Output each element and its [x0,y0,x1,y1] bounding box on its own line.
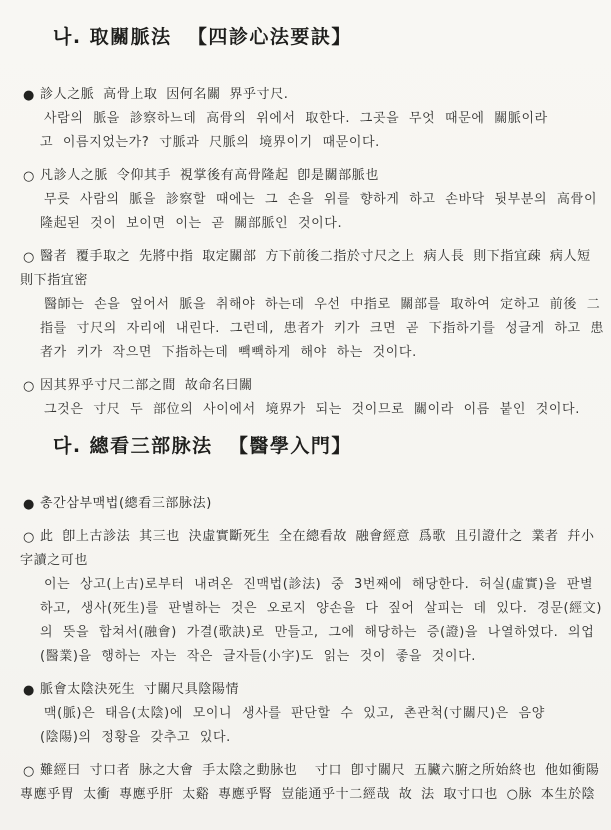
hanja-line: 專應乎胃 太衝 專應乎肝 太谿 專應乎腎 豈能通乎十二經哉 故 法 取寸口也 ○… [20,783,603,807]
filled-circle-bullet-icon: ● [23,679,34,703]
entry-content: 此 卽上古診法 其三也 決虛實斷死生 全在總看故 融會經意 爲歌 且引證什之 業… [40,525,603,669]
korean-line: 고 이름지었는가? 寸脈과 尺脈의 境界이기 때문이다. [40,131,603,155]
entry: ● 총간삼부맥법(總看三部脉法) [0,492,603,516]
korean-line: 의 뜻을 합쳐서(融會) 가결(歌訣)로 만들고, 그에 해당하는 증(證)을 … [40,621,603,645]
hanja-line: 診人之脈 高骨上取 因何名關 界乎寸尺. [40,83,603,107]
entry-content: 因其界乎寸尺二部之間 故命名曰關그것은 寸尺 두 部位의 사이에서 境界가 되는… [40,374,603,422]
open-circle-bullet-icon: ○ [23,375,34,399]
korean-line: 무릇 사람의 脈을 診察할 때에는 그 손을 위를 향하게 하고 손바닥 뒷부분… [40,188,603,212]
section-title: 다. 總看三部脉法 【醫學入門】 [53,431,603,458]
entry-content: 難經曰 寸口者 脉之大會 手太陰之動脉也 寸口 卽寸關尺 五臟六腑之所始終也 他… [40,759,603,807]
hanja-line: 총간삼부맥법(總看三部脉法) [40,492,603,516]
hanja-line: 難經曰 寸口者 脉之大會 手太陰之動脉也 寸口 卽寸關尺 五臟六腑之所始終也 他… [40,759,603,783]
filled-circle-bullet-icon: ● [23,493,34,517]
entry: ● 脈會太陰決死生 寸關尺具陰陽情맥(脈)은 태음(太陰)에 모이니 생사를 판… [0,678,603,750]
open-circle-bullet-icon: ○ [23,246,34,270]
entry-content: 脈會太陰決死生 寸關尺具陰陽情맥(脈)은 태음(太陰)에 모이니 생사를 판단할… [40,678,603,750]
korean-line: (醫業)을 행하는 자는 작은 글자들(小字)도 읽는 것이 좋을 것이다. [40,645,603,669]
entry-content: 醫者 覆手取之 先將中指 取定關部 方下前後二指於寸尺之上 病人長 則下指宜疎 … [40,245,603,365]
korean-line: 사람의 脈을 診察하느데 高骨의 위에서 取한다. 그곳을 무엇 때문에 關脈이… [40,107,603,131]
korean-line: 그것은 寸尺 두 部位의 사이에서 境界가 되는 것이므로 關이라 이름 붙인 … [40,398,603,422]
hanja-line: 字讀之可也 [20,549,603,573]
korean-line: 이는 상고(上古)로부터 내려온 진맥법(診法) 중 3번째에 해당한다. 허실… [40,573,603,597]
hanja-line: 則下指宜密 [20,269,603,293]
hanja-line: 此 卽上古診法 其三也 決虛實斷死生 全在總看故 融會經意 爲歌 且引證什之 業… [40,525,603,549]
open-circle-bullet-icon: ○ [23,760,34,784]
open-circle-bullet-icon: ○ [23,165,34,189]
entry-content: 診人之脈 高骨上取 因何名關 界乎寸尺.사람의 脈을 診察하느데 高骨의 위에서… [40,83,603,155]
entry: ○ 此 卽上古診法 其三也 決虛實斷死生 全在總看故 融會經意 爲歌 且引證什之… [0,525,603,669]
hanja-line: 凡診人之脈 令仰其手 視掌後有高骨隆起 卽是關部脈也 [40,164,603,188]
korean-line: (陰陽)의 정황을 갖추고 있다. [40,726,603,750]
entry: ○ 難經曰 寸口者 脉之大會 手太陰之動脉也 寸口 卽寸關尺 五臟六腑之所始終也… [0,759,603,807]
hanja-line: 醫者 覆手取之 先將中指 取定關部 方下前後二指於寸尺之上 病人長 則下指宜疎 … [40,245,603,269]
hanja-line: 因其界乎寸尺二部之間 故命名曰關 [40,374,603,398]
entry: ● 診人之脈 高骨上取 因何名關 界乎寸尺.사람의 脈을 診察하느데 高骨의 위… [0,83,603,155]
entry: ○ 凡診人之脈 令仰其手 視掌後有高骨隆起 卽是關部脈也무릇 사람의 脈을 診察… [0,164,603,236]
filled-circle-bullet-icon: ● [23,84,34,108]
korean-line: 指를 寸尺의 자리에 내린다. 그런데, 患者가 키가 크면 곧 下指하기를 성… [40,317,603,341]
entry: ○ 醫者 覆手取之 先將中指 取定關部 方下前後二指於寸尺之上 病人長 則下指宜… [0,245,603,365]
open-circle-bullet-icon: ○ [23,526,34,550]
document-page: 나. 取關脈法 【四診心法要訣】 ● 診人之脈 高骨上取 因何名關 界乎寸尺.사… [0,0,611,830]
entry-content: 총간삼부맥법(總看三部脉法) [40,492,603,516]
entry: ○ 因其界乎寸尺二部之間 故命名曰關그것은 寸尺 두 部位의 사이에서 境界가 … [0,374,603,422]
entry-content: 凡診人之脈 令仰其手 視掌後有高骨隆起 卽是關部脈也무릇 사람의 脈을 診察할 … [40,164,603,236]
korean-line: 隆起된 것이 보이면 이는 곧 關部脈인 것이다. [40,212,603,236]
korean-line: 者가 키가 작으면 下指하는데 빽빽하게 해야 하는 것이다. [40,341,603,365]
korean-line: 醫師는 손을 엎어서 脈을 취해야 하는데 우선 中指로 關部를 取하여 定하고… [40,293,603,317]
section-title: 나. 取關脈法 【四診心法要訣】 [53,22,603,49]
korean-line: 하고, 생사(死生)를 판별하는 것은 오로지 양손을 다 짚어 살피는 데 있… [40,597,603,621]
hanja-line: 脈會太陰決死生 寸關尺具陰陽情 [40,678,603,702]
korean-line: 맥(脈)은 태음(太陰)에 모이니 생사를 판단할 수 있고, 촌관척(寸關尺)… [40,702,603,726]
